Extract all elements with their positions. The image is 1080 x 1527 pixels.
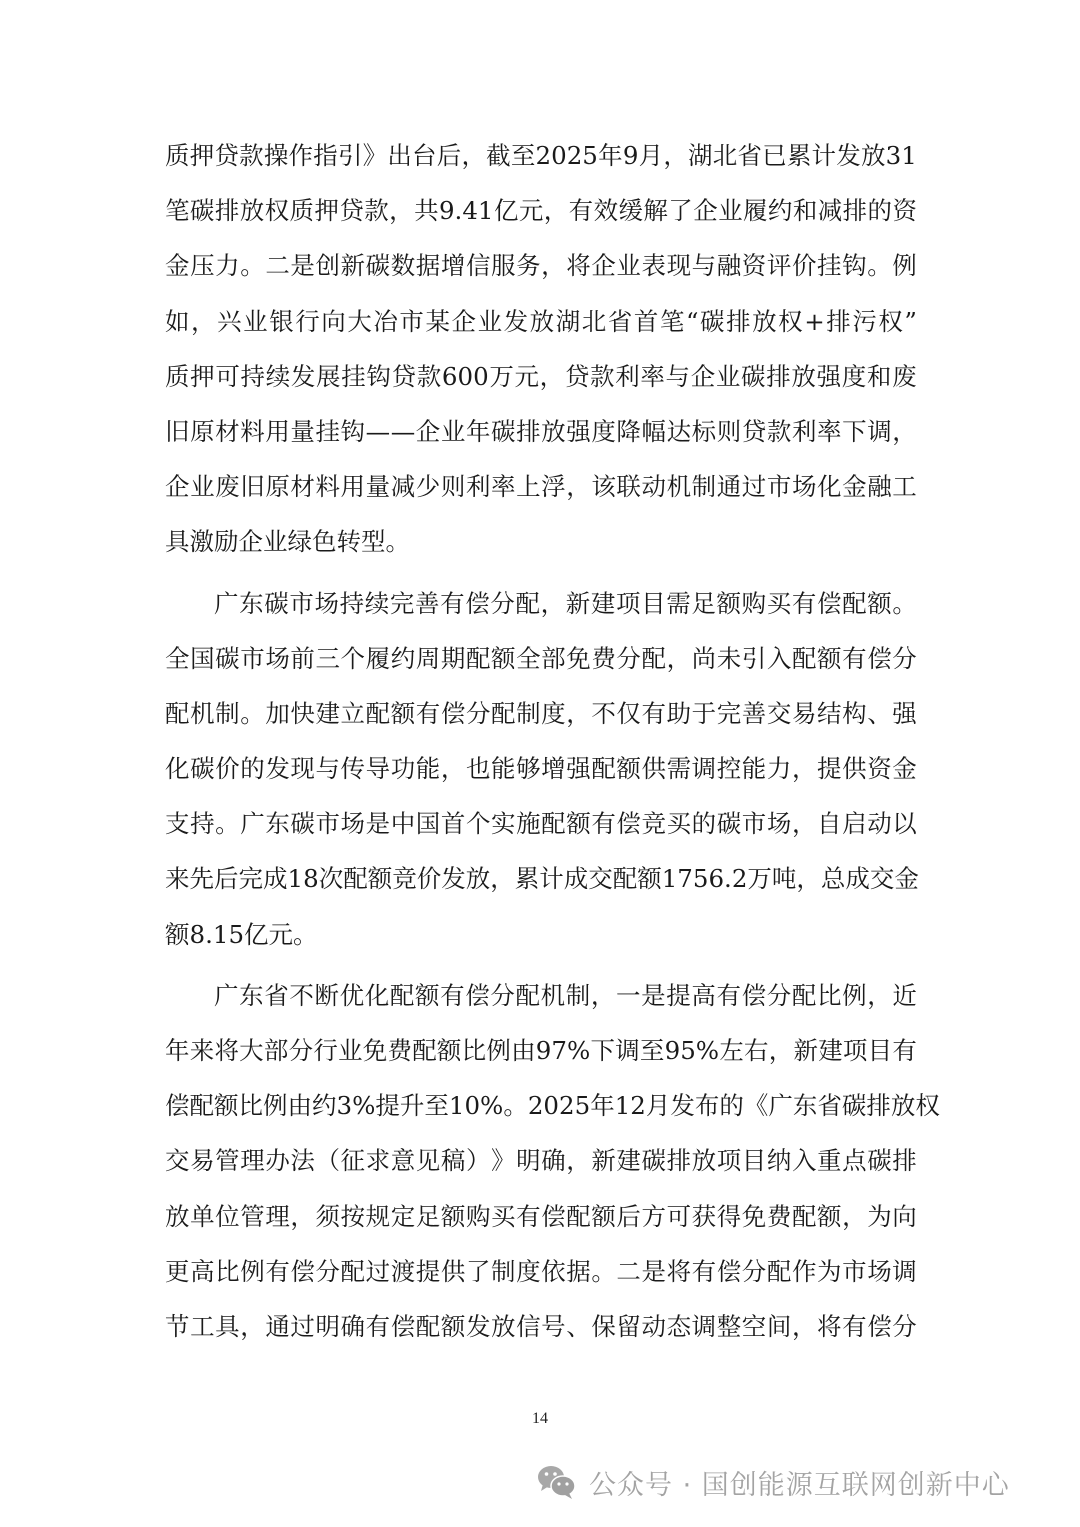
page-number: 14 xyxy=(0,1410,1080,1428)
text-line: 支持。广东碳市场是中国首个实施配额有偿竞买的碳市场，自启动以 xyxy=(165,796,917,851)
text-line: 节工具，通过明确有偿配额发放信号、保留动态调整空间，将有偿分 xyxy=(165,1299,917,1354)
text-line: 更高比例有偿分配过渡提供了制度依据。二是将有偿分配作为市场调 xyxy=(165,1244,917,1299)
text-line: 质押贷款操作指引》出台后，截至2025年9月，湖北省已累计发放31 xyxy=(165,128,917,183)
text-line: 如，兴业银行向大冶市某企业发放湖北省首笔“碳排放权+排污权” xyxy=(165,294,917,349)
wechat-icon xyxy=(537,1464,577,1500)
paragraph-hubei-carbon-finance: 质押贷款操作指引》出台后，截至2025年9月，湖北省已累计发放31 笔碳排放权质… xyxy=(165,128,917,570)
text-line: 放单位管理，须按规定足额购买有偿配额后方可获得免费配额，为向 xyxy=(165,1189,917,1244)
text-line: 广东省不断优化配额有偿分配机制，一是提高有偿分配比例，近 xyxy=(165,968,917,1023)
text-line: 金压力。二是创新碳数据增信服务，将企业表现与融资评价挂钩。例 xyxy=(165,238,917,293)
text-line: 具激励企业绿色转型。 xyxy=(165,514,917,569)
wechat-watermark: 公众号 · 国创能源互联网创新中心 xyxy=(537,1462,1010,1502)
text-line: 笔碳排放权质押贷款，共9.41亿元，有效缓解了企业履约和减排的资 xyxy=(165,183,917,238)
text-line: 质押可持续发展挂钩贷款600万元，贷款利率与企业碳排放强度和废 xyxy=(165,349,917,404)
body-text: 质押贷款操作指引》出台后，截至2025年9月，湖北省已累计发放31 笔碳排放权质… xyxy=(165,128,917,1354)
text-line: 来先后完成18次配额竞价发放，累计成交配额1756.2万吨，总成交金 xyxy=(165,851,917,906)
text-line: 交易管理办法（征求意见稿）》明确，新建碳排放项目纳入重点碳排 xyxy=(165,1133,917,1188)
text-line: 广东碳市场持续完善有偿分配，新建项目需足额购买有偿配额。 xyxy=(165,576,917,631)
document-page: 质押贷款操作指引》出台后，截至2025年9月，湖北省已累计发放31 笔碳排放权质… xyxy=(0,0,1080,1527)
text-line: 偿配额比例由约3%提升至10%。2025年12月发布的《广东省碳排放权 xyxy=(165,1078,917,1133)
text-line: 年来将大部分行业免费配额比例由97%下调至95%左右，新建项目有 xyxy=(165,1023,917,1078)
watermark-text: 公众号 · 国创能源互联网创新中心 xyxy=(589,1463,1010,1502)
text-line: 配机制。加快建立配额有偿分配制度，不仅有助于完善交易结构、强 xyxy=(165,686,917,741)
text-line: 企业废旧原材料用量减少则利率上浮，该联动机制通过市场化金融工 xyxy=(165,459,917,514)
paragraph-guangdong-paid-allocation: 广东碳市场持续完善有偿分配，新建项目需足额购买有偿配额。 全国碳市场前三个履约周… xyxy=(165,576,917,962)
paragraph-guangdong-mechanism: 广东省不断优化配额有偿分配机制，一是提高有偿分配比例，近 年来将大部分行业免费配… xyxy=(165,968,917,1354)
text-line: 化碳价的发现与传导功能，也能够增强配额供需调控能力，提供资金 xyxy=(165,741,917,796)
text-line: 额8.15亿元。 xyxy=(165,907,917,962)
text-line: 全国碳市场前三个履约周期配额全部免费分配，尚未引入配额有偿分 xyxy=(165,631,917,686)
text-line: 旧原材料用量挂钩——企业年碳排放强度降幅达标则贷款利率下调， xyxy=(165,404,917,459)
